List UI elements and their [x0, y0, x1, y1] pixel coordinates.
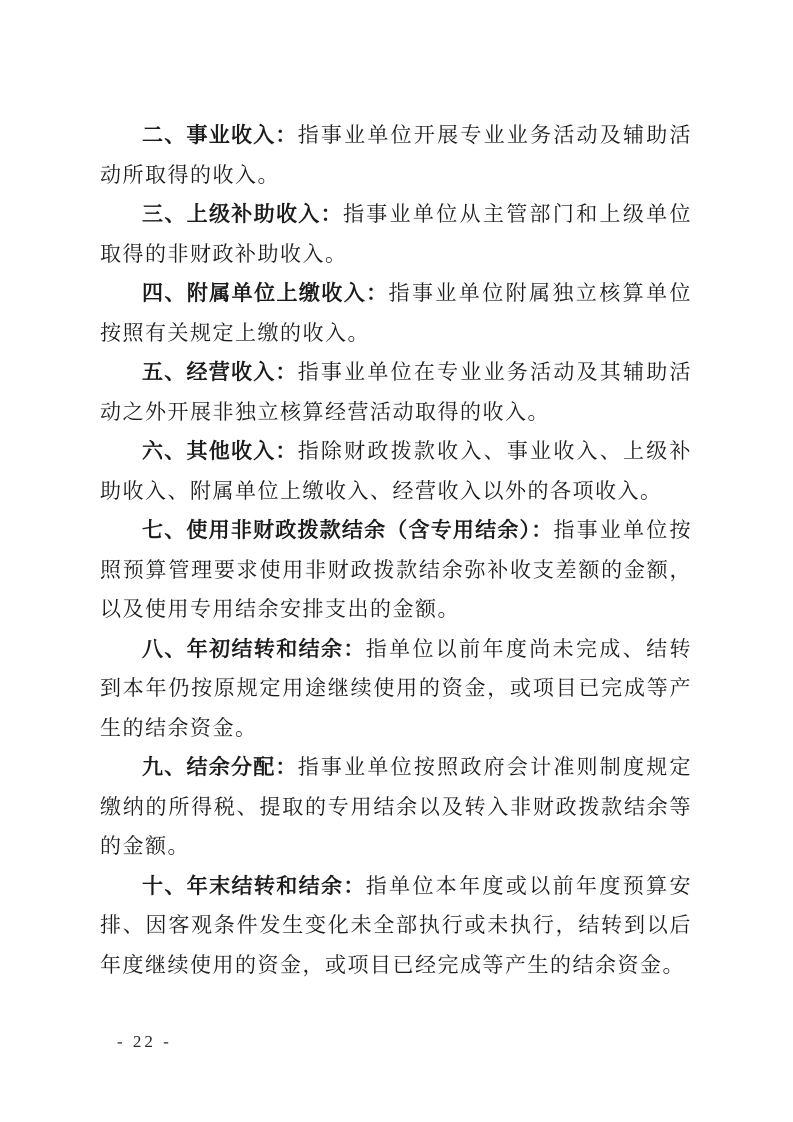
paragraph: 八、年初结转和结余：指单位以前年度尚未完成、结转到本年仍按原规定用途继续使用的资… — [100, 630, 692, 749]
paragraph: 五、经营收入：指事业单位在专业业务活动及其辅助活动之外开展非独立核算经营活动取得… — [100, 353, 692, 432]
paragraph: 十、年末结转和结余：指单位本年度或以前年度预算安排、因客观条件发生变化未全部执行… — [100, 867, 692, 986]
paragraph: 四、附属单位上缴收入：指事业单位附属独立核算单位按照有关规定上缴的收入。 — [100, 274, 692, 353]
term-heading: 九、结余分配： — [142, 756, 298, 779]
term-heading: 二、事业收入： — [142, 124, 298, 147]
term-heading: 三、上级补助收入： — [142, 203, 343, 226]
term-heading: 六、其他收入： — [142, 440, 298, 463]
paragraph: 三、上级补助收入：指事业单位从主管部门和上级单位取得的非财政补助收入。 — [100, 195, 692, 274]
term-heading: 八、年初结转和结余： — [142, 638, 366, 661]
paragraph: 九、结余分配：指事业单位按照政府会计准则制度规定缴纳的所得税、提取的专用结余以及… — [100, 748, 692, 867]
term-heading: 五、经营收入： — [142, 361, 298, 384]
document-page: 二、事业收入：指事业单位开展专业业务活动及辅助活动所取得的收入。 三、上级补助收… — [0, 0, 793, 1122]
document-body: 二、事业收入：指事业单位开展专业业务活动及辅助活动所取得的收入。 三、上级补助收… — [100, 116, 692, 985]
paragraph: 六、其他收入：指除财政拨款收入、事业收入、上级补助收入、附属单位上缴收入、经营收… — [100, 432, 692, 511]
term-heading: 十、年末结转和结余： — [142, 875, 366, 898]
term-heading: 四、附属单位上缴收入： — [142, 282, 389, 305]
paragraph: 二、事业收入：指事业单位开展专业业务活动及辅助活动所取得的收入。 — [100, 116, 692, 195]
term-heading: 七、使用非财政拨款结余（含专用结余）： — [142, 519, 553, 542]
page-number: - 22 - — [117, 1032, 172, 1052]
paragraph: 七、使用非财政拨款结余（含专用结余）：指事业单位按照预算管理要求使用非财政拨款结… — [100, 511, 692, 630]
